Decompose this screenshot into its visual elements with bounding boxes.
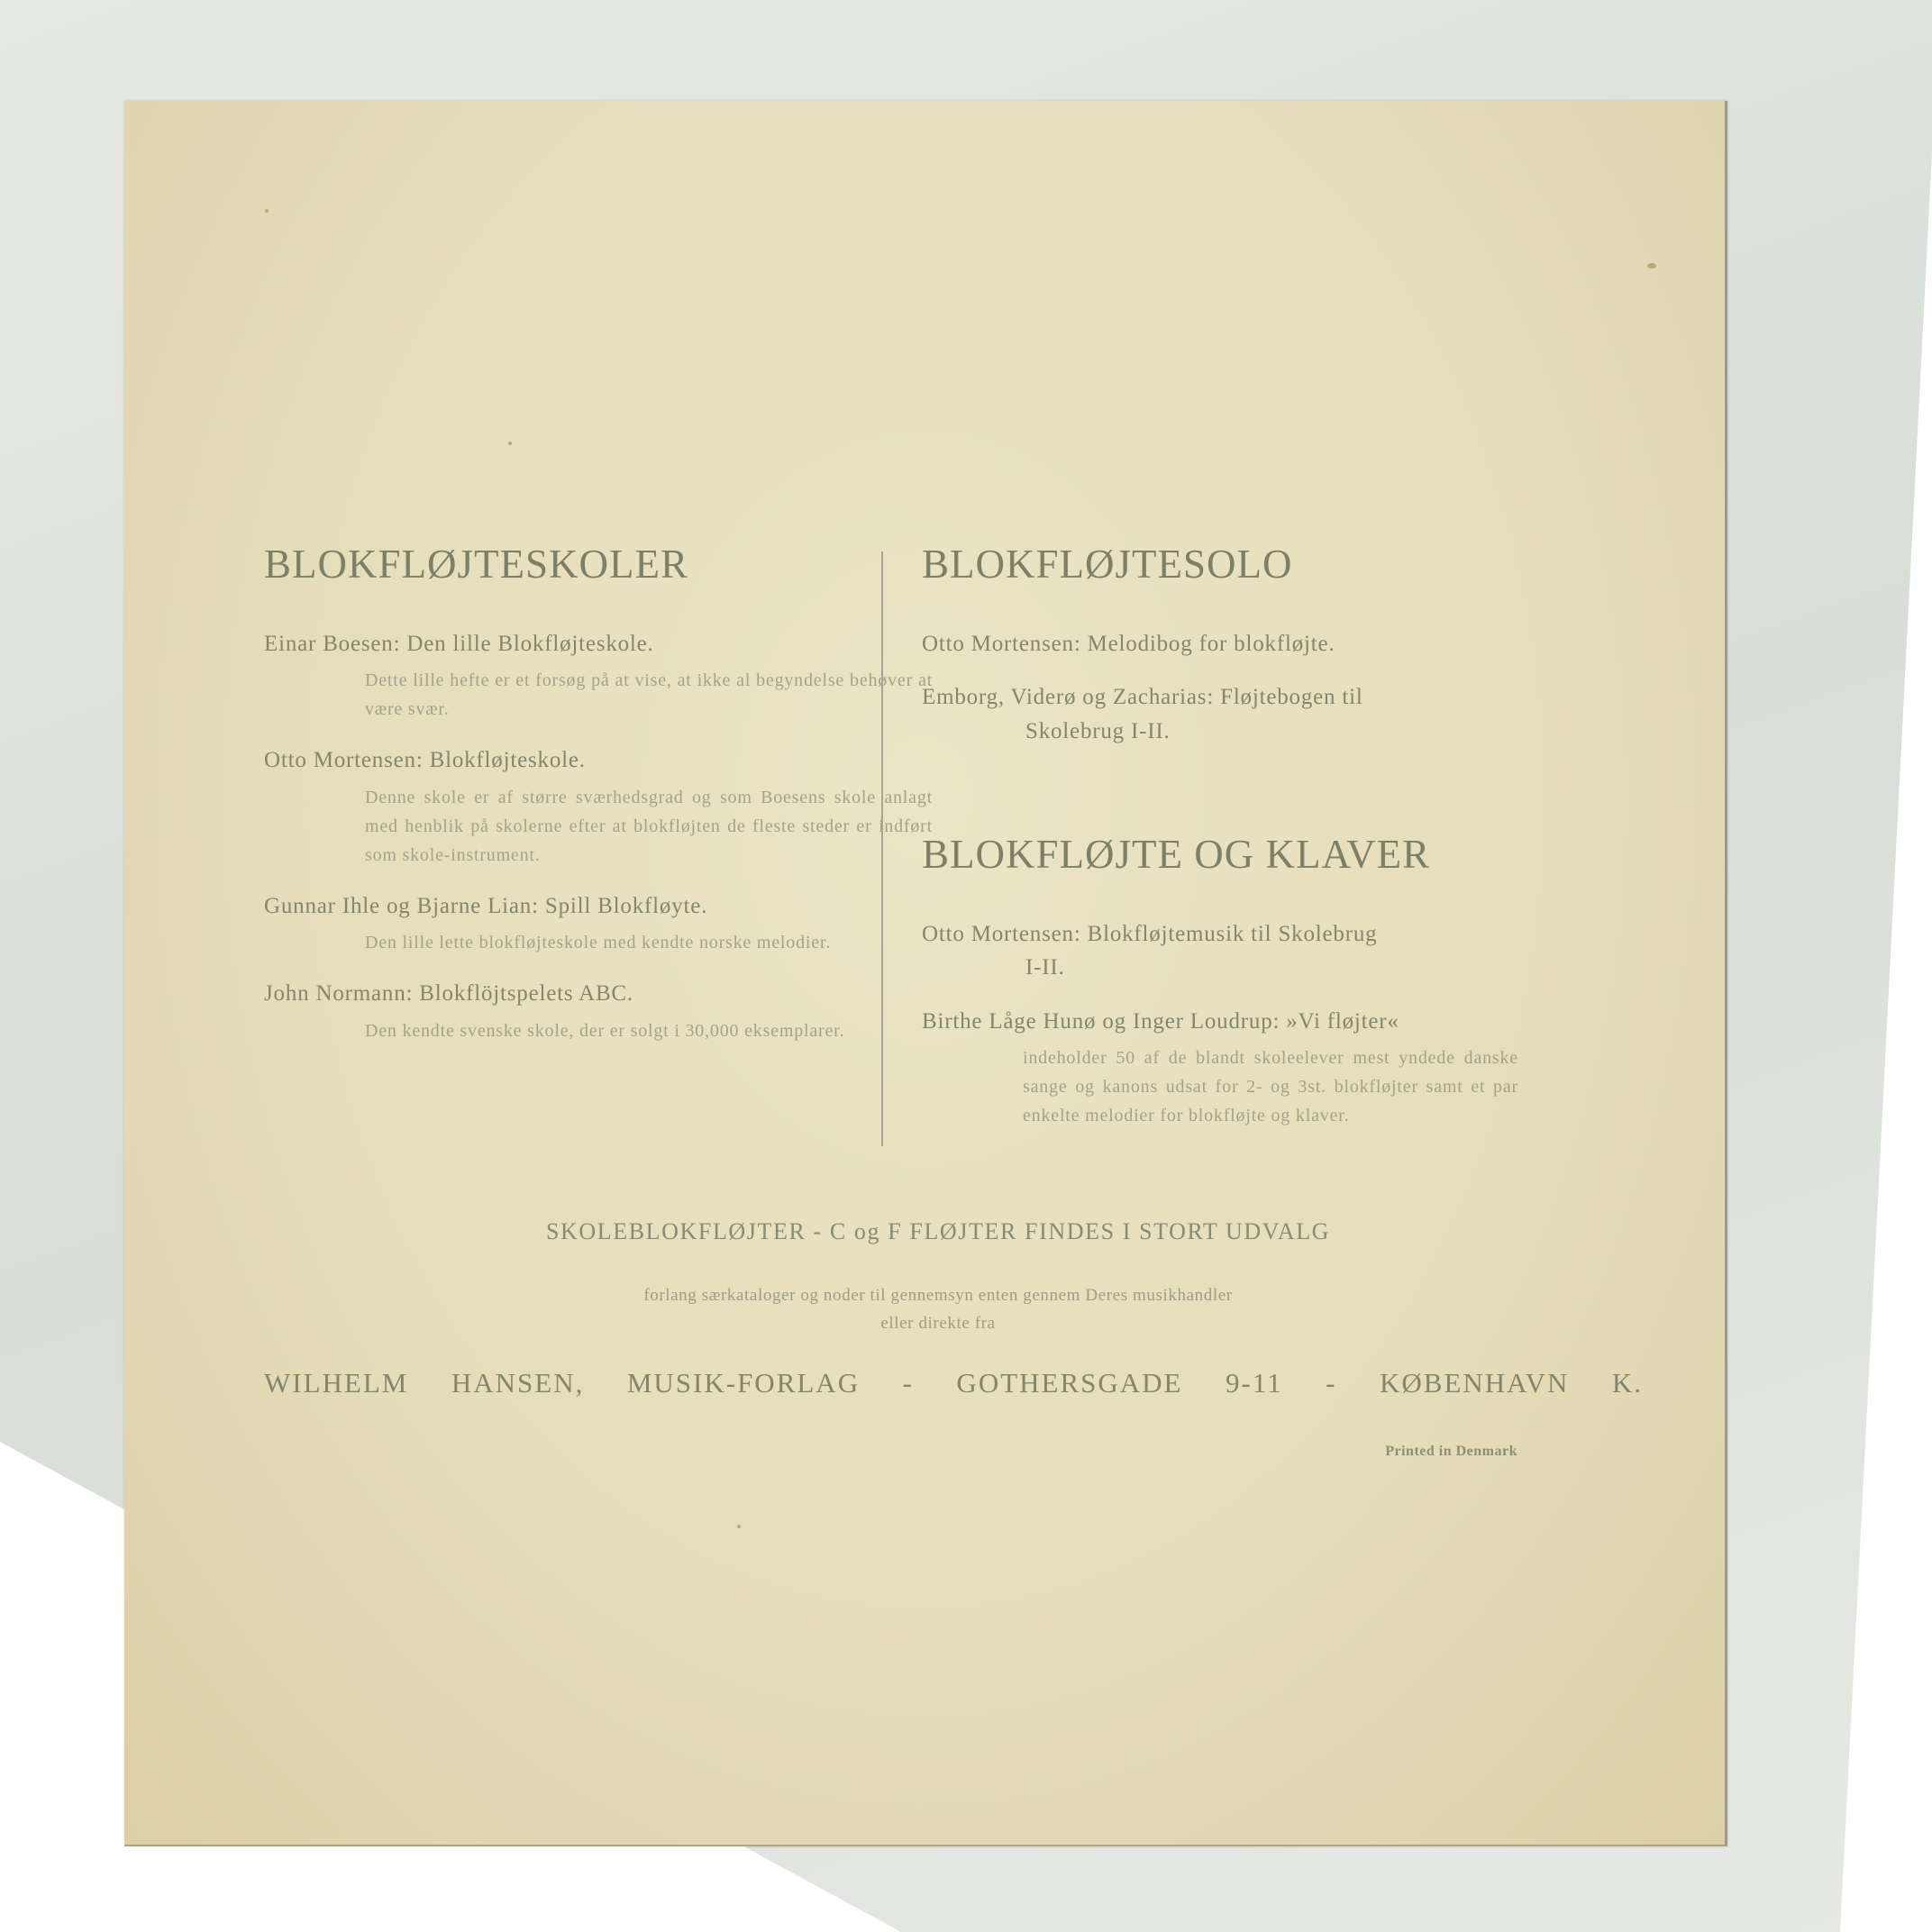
section-blokfloejtesolo: BLOKFLØJTESOLO Otto Mortensen: Melodibog… [922,542,1643,748]
entry-title-text: Otto Mortensen: Melodibog for blokfløjte… [922,632,1335,656]
catalog-entry: Gunnar Ihle og Bjarne Lian: Spill Blokfl… [264,889,976,958]
entry-title: Gunnar Ihle og Bjarne Lian: Spill Blokfl… [264,889,976,924]
section-title: BLOKFLØJTESOLO [922,542,1643,588]
catalog-entry: Emborg, Viderø og Zacharias: Fløjtebogen… [922,680,1643,748]
paper-speck [508,442,512,445]
catalog-entry: John Normann: Blokflöjtspelets ABC. Den … [264,977,976,1045]
entry-title: Otto Mortensen: Blokfløjtemusik til Skol… [922,917,1517,985]
footer-instructions-line: eller direkte fra [151,1309,1725,1337]
entry-title: Otto Mortensen: Melodibog for blokfløjte… [922,627,1517,661]
publisher-address: WILHELM HANSEN, MUSIK-FORLAG - GOTHERSGA… [264,1367,1643,1399]
entry-title: Otto Mortensen: Blokfløjteskole. [264,743,976,778]
catalog-entry: Otto Mortensen: Melodibog for blokfløjte… [922,627,1643,661]
booklet-back-cover: BLOKFLØJTESKOLER Einar Boesen: Den lille… [124,101,1727,1846]
paper-speck [265,209,269,213]
paper-stain [1647,263,1656,269]
catalog-entry: Einar Boesen: Den lille Blokfløjteskole.… [264,627,976,724]
footer-tagline: SKOLEBLOKFLØJTER - C og F FLØJTER FINDES… [124,1218,1725,1245]
entry-description: indeholder 50 af de blandt skoleelever m… [922,1043,1518,1130]
entry-description: Den lille lette blokfløjteskole med kend… [264,928,933,957]
entry-description: Denne skole er af større sværhedsgrad og… [264,783,933,870]
entry-title: Einar Boesen: Den lille Blokfløjteskole. [264,627,976,661]
entry-description: Den kendte svenske skole, der er solgt i… [264,1016,933,1045]
footer-instructions: forlang særkataloger og noder til gennem… [124,1281,1725,1338]
entry-title-text: Emborg, Viderø og Zacharias: Fløjtebogen… [922,685,1363,709]
catalog-entry: Otto Mortensen: Blokfløjtemusik til Skol… [922,917,1643,985]
entry-title-text: Birthe Låge Hunø og Inger Loudrup: »Vi f… [922,1009,1399,1034]
entry-title-continuation: Skolebrug I-II. [922,715,1517,749]
section-title: BLOKFLØJTE OG KLAVER [922,833,1643,878]
column-divider [881,551,883,1146]
entry-title: Birthe Låge Hunø og Inger Loudrup: »Vi f… [922,1005,1517,1039]
entry-title-text: Otto Mortensen: Blokfløjtemusik til Skol… [922,922,1377,946]
entry-description: Dette lille hefte er et forsøg på at vis… [264,666,933,724]
section-blokfloejte-og-klaver: BLOKFLØJTE OG KLAVER Otto Mortensen: Blo… [922,833,1643,1130]
section-blokfloejteskoler: BLOKFLØJTESKOLER Einar Boesen: Den lille… [264,542,976,1065]
entry-title: Emborg, Viderø og Zacharias: Fløjtebogen… [922,680,1517,748]
catalog-entry: Otto Mortensen: Blokfløjteskole. Denne s… [264,743,976,870]
footer-instructions-line: forlang særkataloger og noder til gennem… [151,1281,1725,1309]
paper-speck [737,1525,741,1528]
printed-in-note: Printed in Denmark [1385,1444,1517,1460]
entry-title-continuation: I-II. [922,951,1517,985]
section-title: BLOKFLØJTESKOLER [264,542,976,588]
entry-title: John Normann: Blokflöjtspelets ABC. [264,977,976,1011]
catalog-entry: Birthe Låge Hunø og Inger Loudrup: »Vi f… [922,1005,1643,1131]
right-column: BLOKFLØJTESOLO Otto Mortensen: Melodibog… [922,542,1643,1150]
